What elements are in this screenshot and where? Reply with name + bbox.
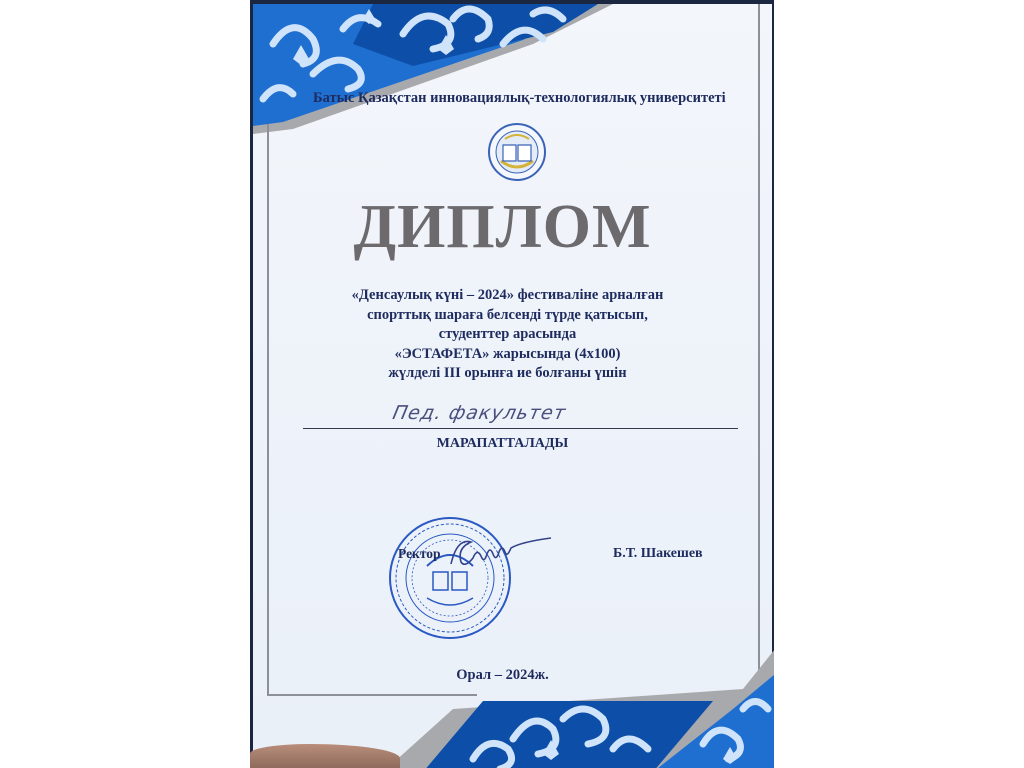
top-ornament-band [253,4,653,134]
diploma-title: ДИПЛОМ [250,192,762,263]
awarded-label: МАРАПАТТАЛАДЫ [250,436,762,452]
certificate-photo: Батыс Қазақстан инновациялық-технологиял… [250,0,774,768]
bottom-ornament-band [383,649,774,768]
award-description: «Денсаулық күні – 2024» фестиваліне арна… [250,286,767,384]
university-name: Батыс Қазақстан инновациялық-технологиял… [313,90,773,107]
recipient-handwritten: Пед. факультет [391,402,569,424]
signatory-name: Б.Т. Шакешев [613,546,703,562]
award-line-2: спорттық шараға белсенді түрде қатысып, [250,306,767,326]
recipient-underline [303,428,738,429]
signatory-role: Ректор [398,546,441,562]
award-line-1: «Денсаулық күні – 2024» фестиваліне арна… [250,286,767,306]
certificate-paper: Батыс Қазақстан инновациялық-технологиял… [253,4,772,768]
handwritten-signature [443,534,563,574]
award-line-3: студенттер арасында [250,325,767,345]
award-line-5: жүлделі III орынға ие болғаны үшін [250,364,767,384]
award-line-4: «ЭСТАФЕТА» жарысында (4х100) [250,345,767,365]
university-emblem-icon [487,121,547,183]
